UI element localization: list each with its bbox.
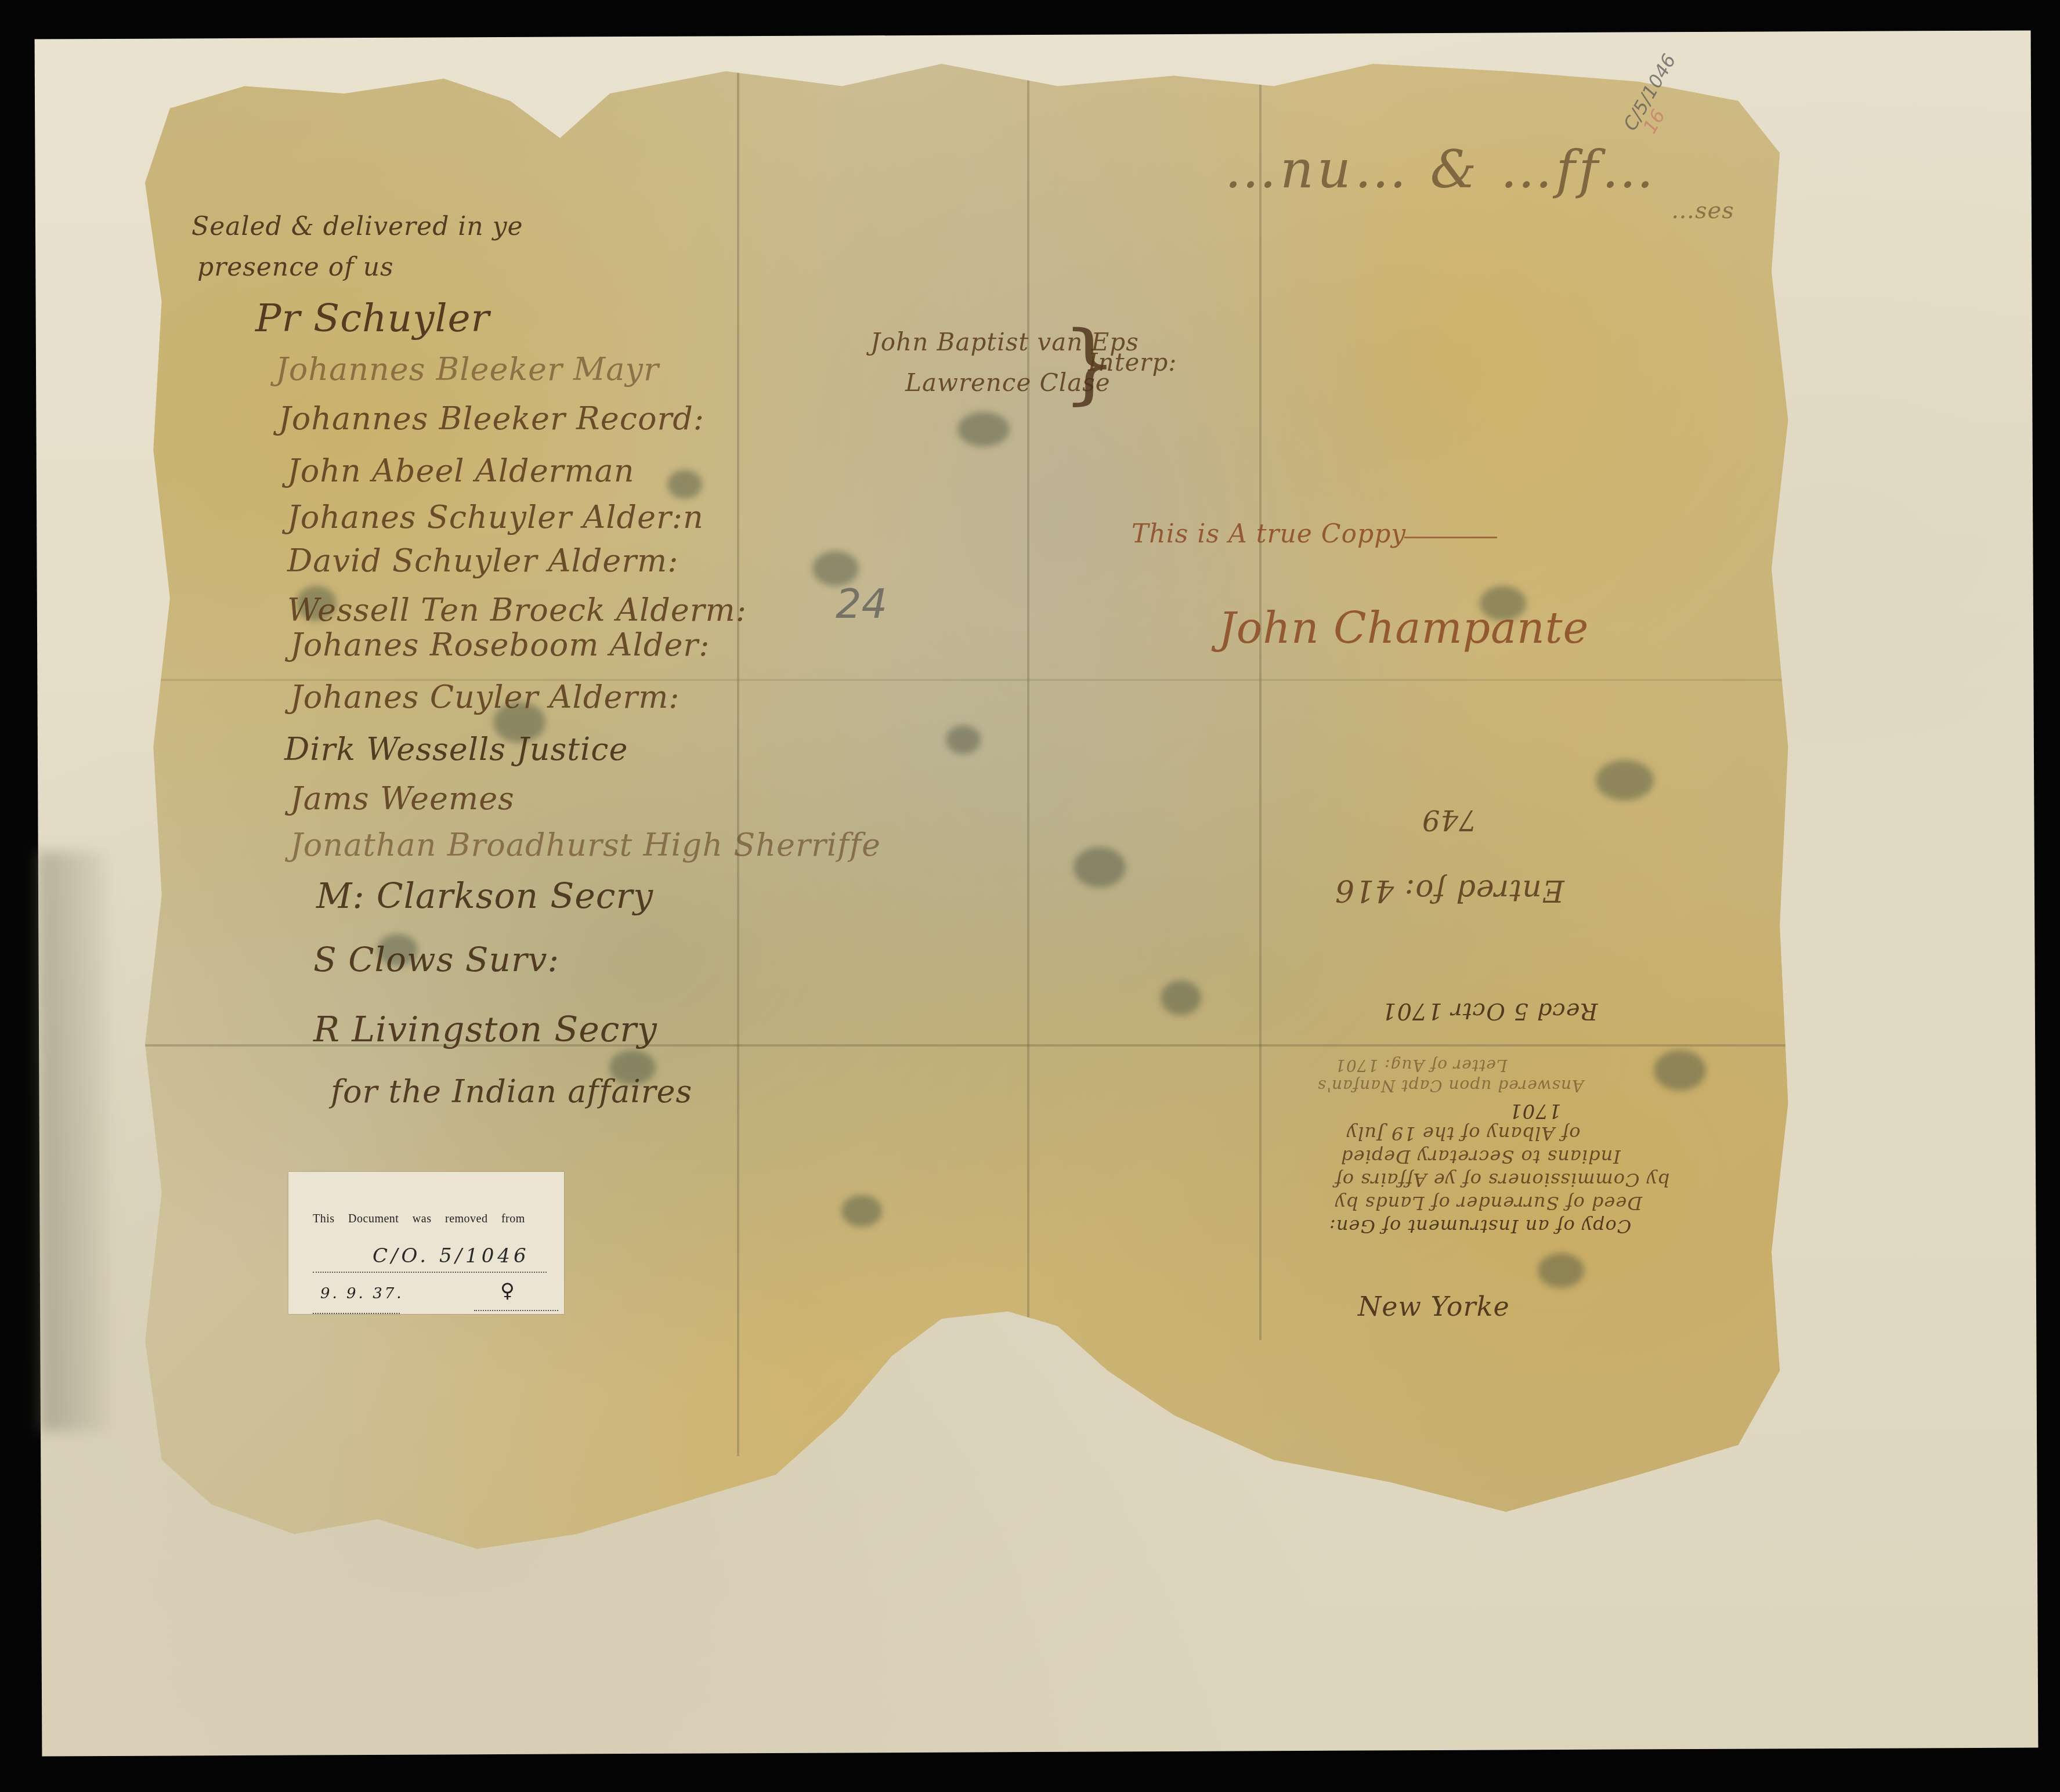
mold-spot: [1596, 760, 1654, 801]
witness-signature: for the Indian affaires: [331, 1073, 692, 1110]
witness-signature: R Livingston Secry: [313, 1009, 657, 1050]
archive-removal-label: This Document was removed from C/O. 5/10…: [288, 1172, 564, 1314]
witness-signature: Johannes Bleeker Record:: [279, 400, 704, 437]
witness-signature: David Schuyler Alderm:: [287, 542, 679, 579]
endorsement-upside-down: 1701: [1509, 1099, 1562, 1123]
mold-spot: [1654, 1050, 1706, 1091]
label-date: 9. 9. 37.: [320, 1285, 404, 1302]
label-line: This Document was removed from: [313, 1212, 525, 1226]
endorsement-upside-down: Deed of Surrender of Lands by: [1335, 1192, 1642, 1214]
label-dotted-rule: [474, 1310, 558, 1311]
witness-signature: Jonathan Broadhurst High Sherriffe: [290, 827, 881, 863]
pencil-folio-number: 24: [836, 580, 887, 628]
witness-heading-line-1: Sealed & delivered in ye: [191, 212, 523, 241]
header-fragment-secondary: …ses: [1671, 197, 1734, 224]
endorsement-upside-down: Entred fo: 416: [1335, 873, 1564, 908]
certification-line: This is A true Coppy: [1132, 519, 1406, 549]
witness-signature: Jams Weemes: [290, 780, 515, 817]
header-fragment: …nu… & …ff…: [1224, 139, 1657, 200]
endorsement-upside-down: Letter of Aug: 1701: [1335, 1056, 1507, 1075]
interpreter-role: Interp:: [1088, 348, 1177, 376]
mold-spot: [1538, 1253, 1584, 1288]
mold-spot: [1074, 847, 1126, 888]
label-initials: ♀: [500, 1279, 515, 1302]
mold-spot: [667, 470, 702, 499]
edge-stain: [38, 851, 110, 1432]
endorsement-upside-down: by Commissioners of ye Affairs of: [1335, 1169, 1669, 1191]
witness-signature: John Abeel Alderman: [287, 452, 635, 489]
witness-signature: Wessell Ten Broeck Alderm:: [287, 592, 747, 628]
mold-spot: [1161, 980, 1201, 1015]
witness-signature: S Clows Surv:: [313, 940, 559, 979]
endorsement-upside-down: Answered upon Capt Nanfan's: [1317, 1076, 1584, 1095]
fold-line-vertical: [1027, 64, 1029, 1340]
witness-signature: Johanes Cuyler Alderm:: [290, 679, 680, 715]
witness-signature: Johannes Bleeker Mayr: [276, 351, 659, 388]
fold-line-vertical: [737, 64, 739, 1456]
mold-spot: [946, 725, 981, 754]
witness-signature: Johanes Schuyler Alder:n: [287, 499, 704, 535]
certification-signature: John Champante: [1219, 603, 1589, 653]
witness-signature: M: Clarkson Secry: [316, 876, 653, 917]
endorsement-upside-down: Indians to Secretary Depied: [1340, 1146, 1621, 1168]
witness-heading-line-2: presence of us: [197, 252, 394, 282]
endorsement-upside-down: Copy of an Instrument of Gen:: [1329, 1215, 1631, 1237]
fold-line-vertical: [1259, 64, 1262, 1340]
label-dotted-rule: [313, 1313, 400, 1314]
bottom-right-signature: New Yorke: [1358, 1291, 1510, 1322]
mold-spot: [841, 1195, 882, 1227]
witness-signature: Pr Schuyler: [255, 296, 490, 341]
endorsement-upside-down: Recd 5 Octr 1701: [1381, 998, 1598, 1024]
certification-flourish: [1404, 537, 1497, 538]
label-dotted-rule: [313, 1272, 547, 1273]
endorsement-upside-down: of Albany of the 19 July: [1346, 1123, 1581, 1145]
endorsement-upside-down: 749: [1422, 803, 1477, 836]
label-reference: C/O. 5/1046: [373, 1244, 530, 1268]
witness-signature: Dirk Wessells Justice: [284, 731, 628, 768]
witness-signature: Johanes Roseboom Alder:: [290, 627, 710, 663]
mold-spot: [957, 412, 1010, 447]
